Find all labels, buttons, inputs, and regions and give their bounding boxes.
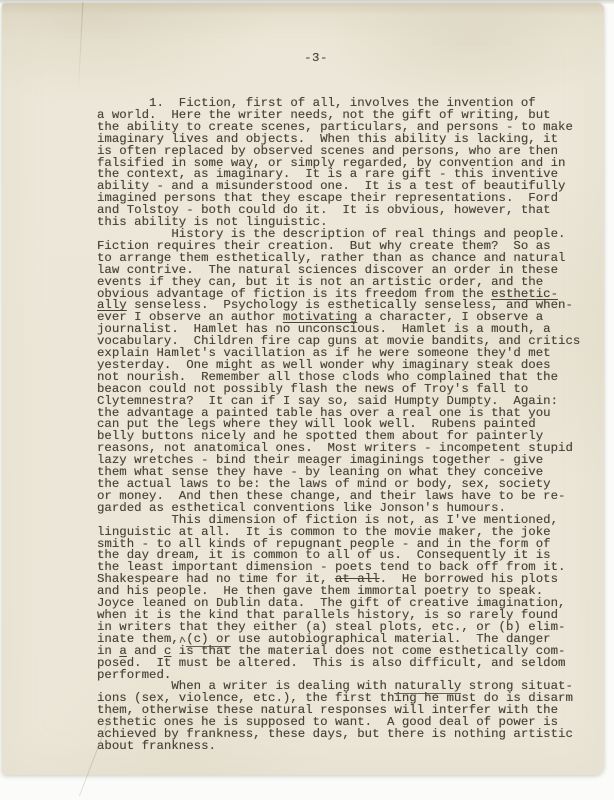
text-line: about frankness. [97,741,580,753]
scan-background: { "page": { "number": "-3-", "paper_colo… [0,0,614,800]
page-number: -3- [2,51,604,65]
paper-sheet: -3- 1. Fiction, first of all, involves t… [2,3,604,775]
insertion-caret-mark: ^ [178,636,187,649]
document-body: 1. Fiction, first of all, involves the i… [97,98,580,753]
